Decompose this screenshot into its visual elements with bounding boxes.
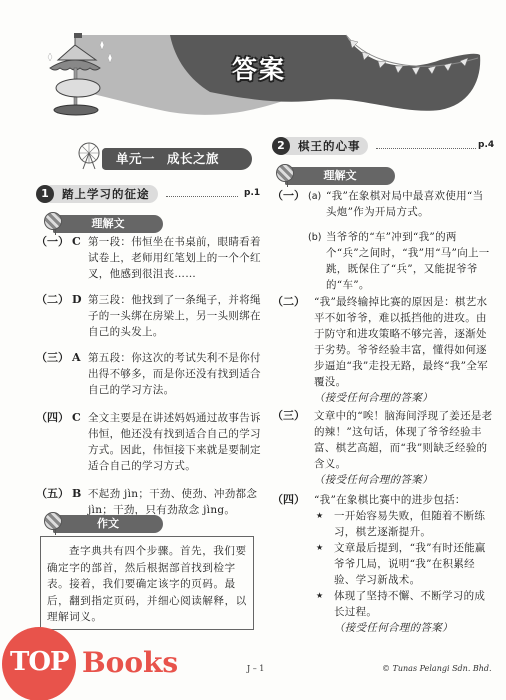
answer-letter: C <box>72 234 81 250</box>
question-1: （一） C 第一段：伟恒坐在书桌前，眼睛看着试卷上，老师用红笔划上的一个个红叉，… <box>36 234 264 284</box>
comprehension-tag: 理解文 <box>276 164 396 186</box>
question-2: （二） D 第三段：他找到了一条绳子，并将绳子的一头绑在房梁上，另一头则绑在自己… <box>36 292 264 342</box>
chapter-number-badge: 1 <box>36 185 54 203</box>
question-3: （三） A 第五段：你这次的考试失利不是你付出得不够多，而是你还没有找到适合自己… <box>36 350 264 400</box>
essay-tag: 作文 <box>44 512 164 534</box>
comprehension-tag: 理解文 <box>44 212 164 234</box>
sub-label-b: (b) <box>308 230 321 246</box>
essay-answer-box: 查字典共有四个步骤。首先，我们要确定字的部首，然后根据部首找到检字表。接着，我们… <box>40 536 254 630</box>
unit-heading: 单元一成长之旅 <box>74 144 254 170</box>
question-1: （一） (a) “我”在象棋对局中最喜欢使用“当头炮”作为开局方式。 (b) 当… <box>272 188 494 268</box>
chapter-2-heading: 2 棋王的心事 p.4 <box>272 136 494 156</box>
accept-any-note: （接受任何合理的答案） <box>314 472 494 488</box>
accept-any-note: （接受任何合理的答案） <box>314 620 494 636</box>
topbooks-watermark-logo: TOP Books <box>0 625 180 700</box>
list-item: 一开始容易失败，但随着不断练习，棋艺逐渐提升。 <box>314 508 494 540</box>
answer-letter: D <box>72 292 82 308</box>
answer-letter: B <box>72 486 81 502</box>
header-banner: 答案 <box>0 0 506 125</box>
answers-title: 答案 <box>232 50 286 86</box>
accept-any-note: （接受任何合理的答案） <box>314 390 494 406</box>
list-item: 体现了坚持不懈、不断学习的成长过程。 <box>314 588 494 620</box>
unit-title: 成长之旅 <box>167 151 219 166</box>
question-4: （四） C 全文主要是在讲述妈妈通过故事告诉伟恒，他还没有找到适合自己的学习方式… <box>36 410 264 476</box>
lollipop-icon <box>44 212 62 230</box>
chapter-title: 棋王的心事 <box>298 138 361 154</box>
unit-title-pill: 单元一成长之旅 <box>102 148 252 170</box>
lollipop-icon <box>276 164 294 182</box>
answer-letter: A <box>72 350 81 366</box>
answer-letter: C <box>72 410 81 426</box>
leader-dots <box>376 148 476 149</box>
progress-list: 一开始容易失败，但随着不断练习，棋艺逐渐提升。 文章最后提到，“我”有时还能赢爷… <box>314 508 494 620</box>
question-4: （四） “我”在象棋比赛中的进步包括： 一开始容易失败，但随着不断练习，棋艺逐渐… <box>272 492 494 632</box>
unit-label: 单元一 <box>116 151 155 166</box>
lollipop-icon <box>44 512 62 530</box>
chapter-page-ref: p.4 <box>478 140 494 150</box>
question-2: （二） “我”最终输掉比赛的原因是：棋艺水平不如爷爷，难以抵挡他的进攻。由于防守… <box>272 294 494 394</box>
chapter-title: 踏上学习的征途 <box>62 186 150 202</box>
chapter-number-badge: 2 <box>272 137 290 155</box>
page-number: J – 1 <box>247 664 264 673</box>
chapter-page-ref: p.1 <box>244 188 260 198</box>
leader-dots <box>166 196 238 197</box>
sub-label-a: (a) <box>308 189 321 205</box>
list-item: 文章最后提到，“我”有时还能赢爷爷几局，说明“我”在积累经验、学习新战术。 <box>314 540 494 588</box>
question-3: （三） 文章中的“唉！脑海间浮现了姜还是老的辣！”这句话，体现了爷爷经验丰富、棋… <box>272 408 494 488</box>
chapter-1-heading: 1 踏上学习的征途 p.1 <box>36 184 262 204</box>
copyright-notice: © Tunas Pelangi Sdn. Bhd. <box>382 664 492 673</box>
ferris-wheel-icon <box>74 140 104 170</box>
